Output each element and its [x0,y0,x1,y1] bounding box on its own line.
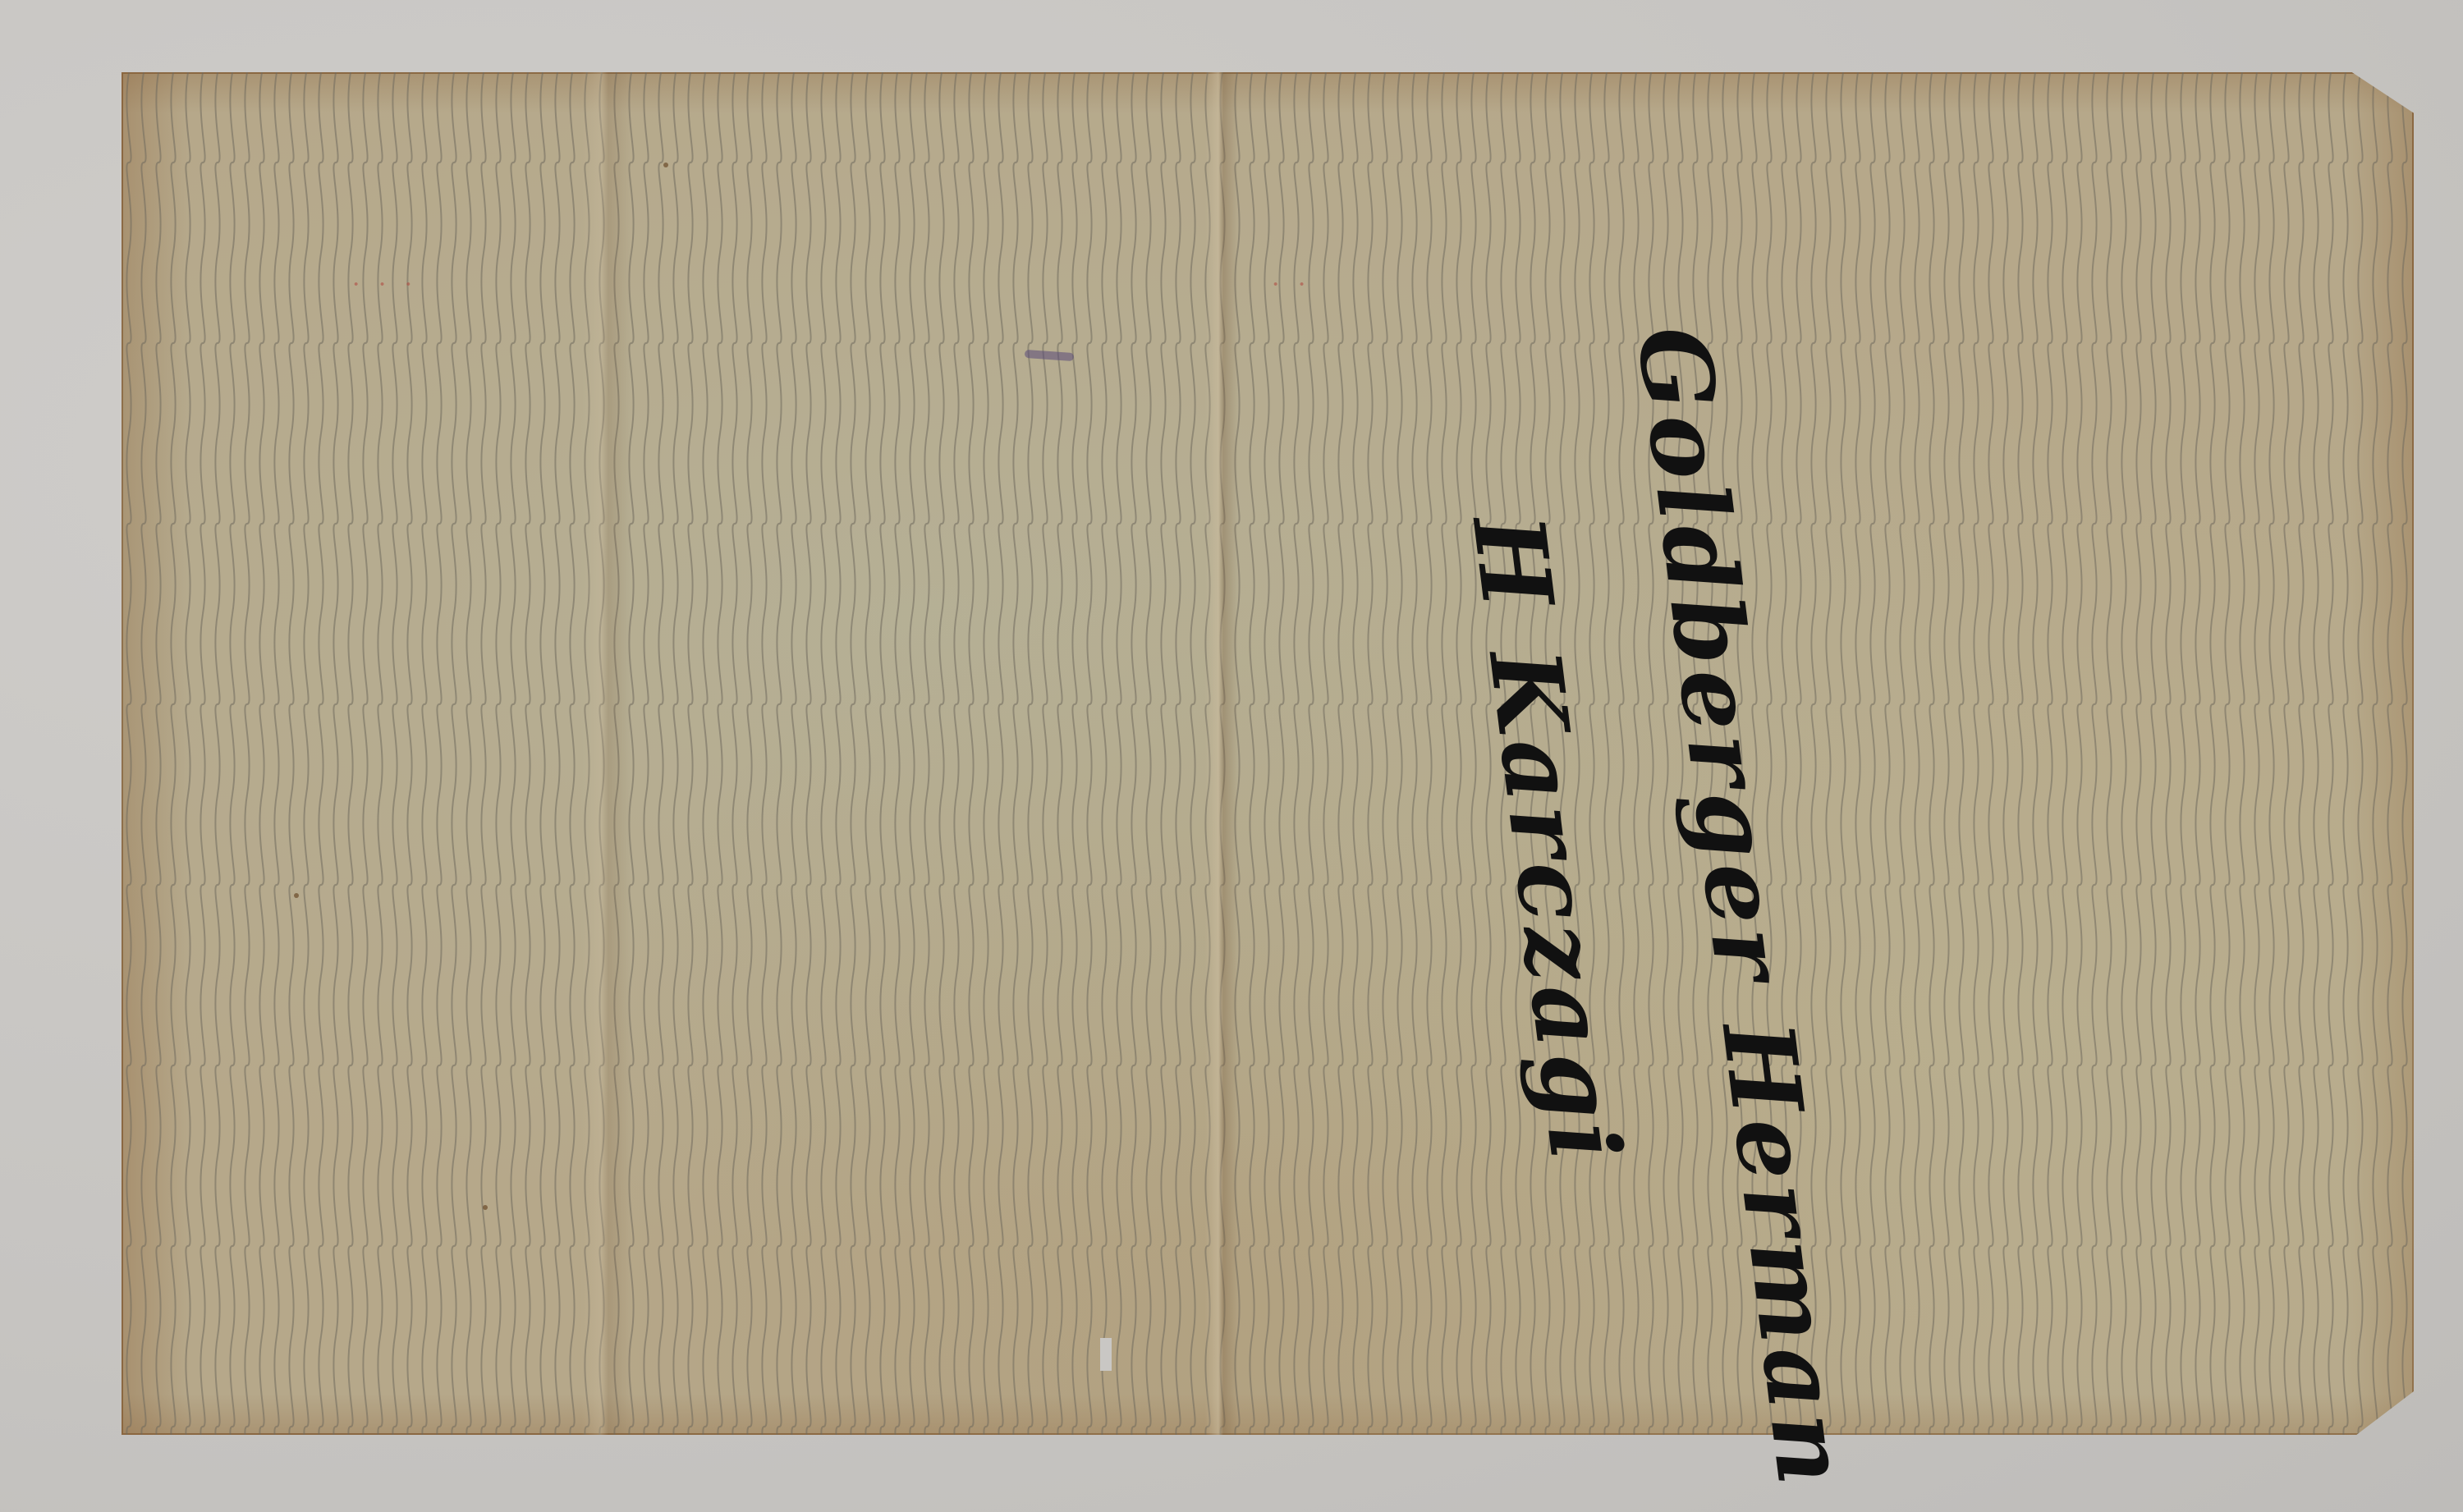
wavy-line-pattern [122,72,2414,1435]
paper-tear-notch [1100,1338,1112,1371]
faded-red-stamp-left: · · · [351,269,418,300]
faded-red-stamp-center: · · [1271,269,1311,300]
stain-speck [483,1205,488,1210]
fold-crease-center [1205,72,1238,1435]
stain-speck [663,163,668,167]
stain-speck [294,893,299,898]
fold-crease-left [581,72,631,1435]
banknote-reverse: · · · · · [122,72,2414,1435]
